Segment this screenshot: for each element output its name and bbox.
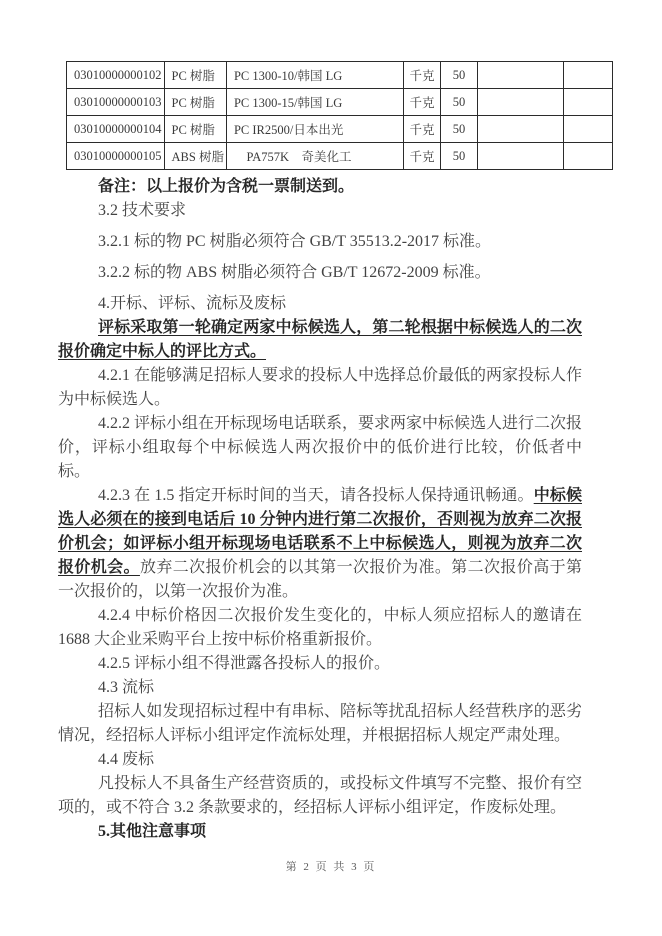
cell-blank-1: [477, 89, 563, 116]
cell-qty: 50: [440, 89, 477, 116]
cell-spec: PA757K 奇美化工: [226, 143, 403, 170]
para-4-3-heading: 4.3 流标: [58, 676, 582, 700]
items-table: 03010000000102 PC 树脂 PC 1300-10/韩国 LG 千克…: [66, 61, 613, 170]
cell-material: PC 树脂: [164, 62, 226, 89]
para-4-4-heading: 4.4 废标: [58, 748, 582, 772]
para-4-3-body: 招标人如发现招标过程中有串标、陪标等扰乱招标人经营秩序的恶劣情况，经招标人评标小…: [58, 700, 582, 748]
cell-spec: PC 1300-10/韩国 LG: [226, 62, 403, 89]
para-4-2-4: 4.2.4 中标价格因二次报价发生变化的，中标人须应招标人的邀请在 1688 大…: [58, 604, 582, 652]
cell-qty: 50: [440, 143, 477, 170]
para-4-2-1: 4.2.1 在能够满足招标人要求的投标人中选择总价最低的两家投标人作为中标候选人…: [58, 364, 582, 412]
cell-unit: 千克: [403, 116, 440, 143]
para-4-2-3-regular-lead: 4.2.3 在 1.5 指定开标时间的当天，请各投标人保持通讯畅通。: [98, 487, 534, 504]
cell-spec: PC 1300-15/韩国 LG: [226, 89, 403, 116]
cell-blank-1: [477, 116, 563, 143]
table-row: 03010000000104 PC 树脂 PC IR2500/日本出光 千克 5…: [67, 116, 613, 143]
cell-code: 03010000000102: [67, 62, 165, 89]
para-4-4-body: 凡投标人不具备生产经营资质的，或投标文件填写不完整、报价有空项的，或不符合 3.…: [58, 772, 582, 820]
para-4-heading: 4.开标、评标、流标及废标: [58, 292, 582, 316]
cell-qty: 50: [440, 116, 477, 143]
table-row: 03010000000103 PC 树脂 PC 1300-15/韩国 LG 千克…: [67, 89, 613, 116]
cell-blank-2: [563, 89, 612, 116]
cell-blank-2: [563, 62, 612, 89]
para-3-2-2: 3.2.2 标的物 ABS 树脂必须符合 GB/T 12672-2009 标准。: [58, 261, 582, 285]
para-3-2-1: 3.2.1 标的物 PC 树脂必须符合 GB/T 35513.2-2017 标准…: [58, 230, 582, 254]
para-eval-method: 评标采取第一轮确定两家中标候选人，第二轮根据中标候选人的二次报价确定中标人的评比…: [58, 316, 582, 364]
para-4-2-3: 4.2.3 在 1.5 指定开标时间的当天，请各投标人保持通讯畅通。中标候选人必…: [58, 484, 582, 604]
cell-blank-1: [477, 62, 563, 89]
para-5-heading: 5.其他注意事项: [58, 820, 582, 844]
cell-code: 03010000000105: [67, 143, 165, 170]
cell-material: ABS 树脂: [164, 143, 226, 170]
cell-material: PC 树脂: [164, 89, 226, 116]
para-4-2-2: 4.2.2 评标小组在开标现场电话联系，要求两家中标候选人进行二次报价，评标小组…: [58, 412, 582, 484]
cell-code: 03010000000103: [67, 89, 165, 116]
cell-blank-2: [563, 143, 612, 170]
table-row: 03010000000105 ABS 树脂 PA757K 奇美化工 千克 50: [67, 143, 613, 170]
cell-blank-1: [477, 143, 563, 170]
para-3-2-heading: 3.2 技术要求: [58, 199, 582, 223]
document-page: 03010000000102 PC 树脂 PC 1300-10/韩国 LG 千克…: [0, 0, 662, 936]
cell-spec: PC IR2500/日本出光: [226, 116, 403, 143]
cell-unit: 千克: [403, 143, 440, 170]
para-4-2-5: 4.2.5 评标小组不得泄露各投标人的报价。: [58, 652, 582, 676]
para-note: 备注：以上报价为含税一票制送到。: [58, 175, 582, 199]
page-number: 第 2 页 共 3 页: [0, 858, 662, 874]
cell-code: 03010000000104: [67, 116, 165, 143]
cell-unit: 千克: [403, 62, 440, 89]
cell-unit: 千克: [403, 89, 440, 116]
cell-material: PC 树脂: [164, 116, 226, 143]
document-body: 备注：以上报价为含税一票制送到。 3.2 技术要求 3.2.1 标的物 PC 树…: [58, 175, 582, 844]
table-row: 03010000000102 PC 树脂 PC 1300-10/韩国 LG 千克…: [67, 62, 613, 89]
cell-blank-2: [563, 116, 612, 143]
cell-qty: 50: [440, 62, 477, 89]
